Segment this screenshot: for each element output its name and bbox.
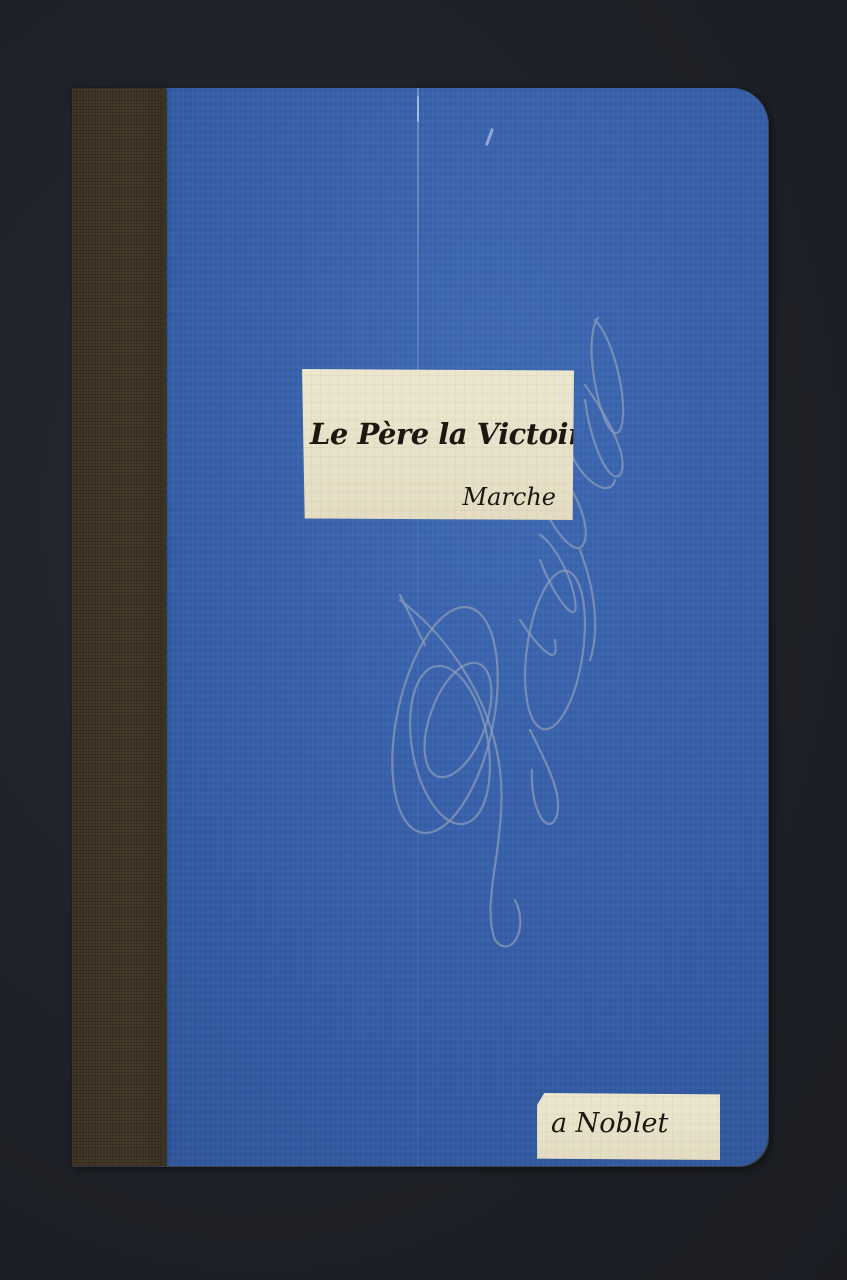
cloth-spine	[72, 88, 165, 1166]
fold-line	[417, 88, 419, 1166]
paper-scratch	[485, 128, 494, 146]
paper-crease	[362, 88, 363, 1166]
spine-frayed-edge	[161, 88, 167, 1166]
title-label: Le Père la Victoire Marche	[302, 369, 574, 520]
paper-scratch	[417, 96, 419, 122]
photo-background: Le Père la Victoire Marche a Noblet	[0, 0, 847, 1280]
composer-text: a Noblet	[551, 1108, 668, 1139]
notebook-cover	[72, 88, 768, 1166]
composer-label: a Noblet	[537, 1093, 720, 1160]
title-text: Le Père la Victoire	[310, 417, 601, 451]
subtitle-text: Marche	[463, 483, 556, 511]
